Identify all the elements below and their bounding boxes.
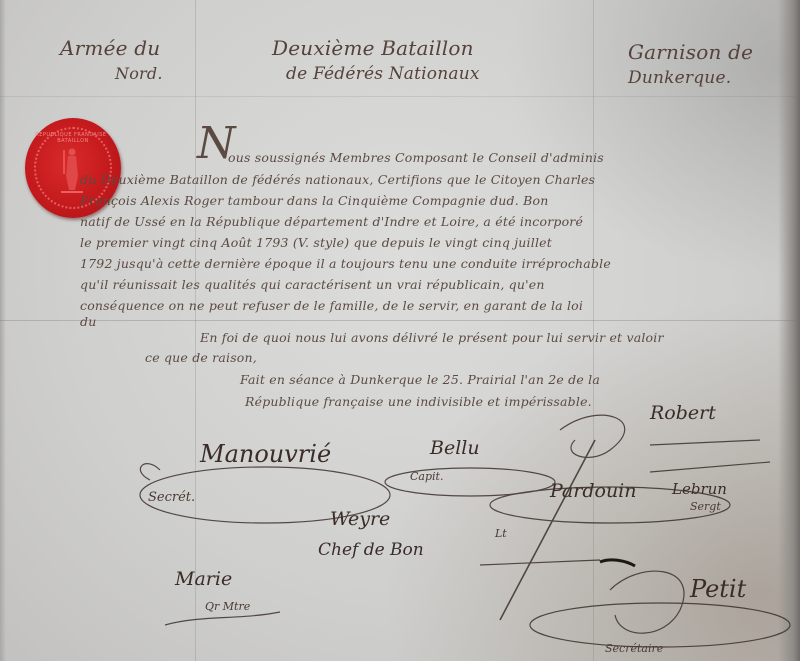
body-line-7: qu'il réunissait les qualités qui caract… [80, 277, 545, 292]
body-line-3: François Alexis Roger tambour dans la Ci… [80, 193, 548, 208]
header-right-line1: Garnison de [628, 40, 753, 64]
signature-petit-title: Secrétaire [605, 642, 663, 655]
header-left-line2: Nord. [115, 64, 163, 83]
signature-robert: Robert [650, 402, 716, 424]
signature-marie: Marie [175, 568, 232, 590]
body-line-4: natif de Ussé en la République départeme… [80, 214, 583, 229]
signature-lebrun: Lebrun [672, 480, 727, 498]
body-line-6: 1792 jusqu'à cette dernière époque il a … [80, 256, 611, 271]
body-line-2: du Deuxième Bataillon de fédérés nationa… [80, 172, 595, 187]
signature-weyre: Weyre [330, 508, 390, 530]
body-line-9: du [80, 314, 96, 329]
paper-edge-right [778, 0, 800, 661]
signature-petit: Petit [690, 575, 746, 603]
signature-pardouin: Pardouin [550, 480, 637, 502]
signature-secret: Secrét. [148, 490, 195, 505]
seal-legend: REPUBLIQUE FRANCAISE · BATAILLON [25, 132, 121, 144]
signature-lebrun-title: Sergt [690, 500, 721, 513]
dateline-2: République française une indivisible et … [245, 394, 592, 409]
dateline-1: Fait en séance à Dunkerque le 25. Prairi… [240, 372, 600, 387]
signature-bellu-title: Capit. [410, 470, 443, 483]
signature-manouvrie: Manouvrié [200, 440, 331, 468]
signature-weyre-title: Chef de Bon [318, 540, 424, 560]
attestation-line-1: En foi de quoi nous lui avons délivré le… [200, 330, 664, 345]
body-line-1: ous soussignés Membres Composant le Cons… [228, 150, 604, 165]
attestation-line-2: ce que de raison, [145, 350, 257, 365]
body-line-8: conséquence on ne peut refuser de le fam… [80, 298, 583, 313]
header-center-line1: Deuxième Bataillon [272, 36, 474, 60]
paper-edge-left [0, 0, 6, 661]
header-left-line1: Armée du [60, 36, 160, 60]
fold-line-horizontal-top [0, 96, 800, 97]
fold-line-vertical-left [195, 0, 196, 661]
document-sheet: Armée du Nord. Deuxième Bataillon de Féd… [0, 0, 800, 661]
signature-pardouin-title: Lt [495, 527, 507, 540]
header-right-line2: Dunkerque. [628, 68, 731, 88]
signature-marie-title: Qr Mtre [205, 600, 250, 613]
header-center-line2: de Fédérés Nationaux [286, 64, 480, 84]
signature-bellu: Bellu [430, 437, 480, 459]
fold-line-horizontal [0, 320, 800, 321]
body-line-5: le premier vingt cinq Août 1793 (V. styl… [80, 235, 552, 250]
